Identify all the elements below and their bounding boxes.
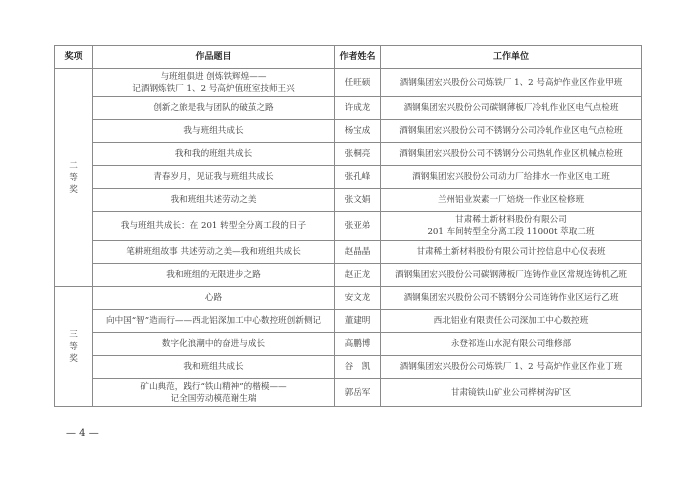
author-name: 张桐亮 bbox=[335, 143, 381, 166]
work-title: 向中国“智”造而行——西北铝深加工中心数控班创新侧记 bbox=[93, 310, 335, 333]
author-name: 高鹏博 bbox=[335, 333, 381, 356]
work-title: 与班组俱进 创炼铁辉煌—— 记酒钢炼铁厂 1、2 号高炉值班室技师王兴 bbox=[93, 69, 335, 97]
table-row: 三 等 奖 心路 安文龙 酒钢集团宏兴股份公司不锈钢分公司连铸作业区运行乙班 bbox=[55, 287, 642, 310]
table-row: 我和我的班组共成长 张桐亮 酒钢集团宏兴股份公司不锈钢分公司热轧作业区机械点检班 bbox=[55, 143, 642, 166]
author-name: 赵正龙 bbox=[335, 264, 381, 287]
work-title: 我和班组的无限进步之路 bbox=[93, 264, 335, 287]
award-level-third: 三 等 奖 bbox=[55, 287, 93, 407]
header-award: 奖项 bbox=[55, 46, 93, 69]
work-title: 我和我的班组共成长 bbox=[93, 143, 335, 166]
award-level-second: 二 等 奖 bbox=[55, 69, 93, 287]
table-row: 数字化浪潮中的奋进与成长 高鹏博 永登祁连山水泥有限公司维修部 bbox=[55, 333, 642, 356]
document-page: 奖项 作品题目 作者姓名 工作单位 二 等 奖 与班组俱进 创炼铁辉煌—— 记酒 bbox=[0, 0, 697, 495]
awards-table: 奖项 作品题目 作者姓名 工作单位 二 等 奖 与班组俱进 创炼铁辉煌—— 记酒 bbox=[54, 45, 642, 407]
author-name: 董建明 bbox=[335, 310, 381, 333]
work-unit: 甘肃镜铁山矿业公司桦树沟矿区 bbox=[381, 379, 642, 407]
work-unit: 酒钢集团宏兴股份公司不锈钢分公司冷轧作业区电气点检班 bbox=[381, 120, 642, 143]
author-name: 张亚弟 bbox=[335, 212, 381, 241]
work-title: 心路 bbox=[93, 287, 335, 310]
author-name: 谷 凯 bbox=[335, 356, 381, 379]
author-name: 安文龙 bbox=[335, 287, 381, 310]
author-name: 郭岳军 bbox=[335, 379, 381, 407]
work-unit: 甘肃稀土新材料股份有限公司 201 车间转型全分离工段 11000t 萃取二班 bbox=[381, 212, 642, 241]
table-row: 我和班组的无限进步之路 赵正龙 酒钢集团宏兴股份公司碳钢薄板厂连铸作业区常规连铸… bbox=[55, 264, 642, 287]
work-title: 数字化浪潮中的奋进与成长 bbox=[93, 333, 335, 356]
header-title: 作品题目 bbox=[93, 46, 335, 69]
table-row: 二 等 奖 与班组俱进 创炼铁辉煌—— 记酒钢炼铁厂 1、2 号高炉值班室技师王… bbox=[55, 69, 642, 97]
page-number: — 4 — bbox=[66, 428, 99, 439]
work-unit: 酒钢集团宏兴股份公司碳钢薄板厂连铸作业区常规连铸机乙班 bbox=[381, 264, 642, 287]
work-title: 青春岁月，见证我与班组共成长 bbox=[93, 166, 335, 189]
table-row: 创新之旅是我与团队的破茧之路 许成龙 酒钢集团宏兴股份公司碳钢薄板厂冷轧作业区电… bbox=[55, 97, 642, 120]
work-title: 创新之旅是我与团队的破茧之路 bbox=[93, 97, 335, 120]
table-row: 我和班组共述劳动之美 张文娟 兰州铝业炭素一厂焙烧一作业区检修班 bbox=[55, 189, 642, 212]
work-unit: 酒钢集团宏兴股份公司不锈钢分公司热轧作业区机械点检班 bbox=[381, 143, 642, 166]
work-unit: 酒钢集团宏兴股份公司炼铁厂 1、2 号高炉作业区作业丁班 bbox=[381, 356, 642, 379]
work-unit: 酒钢集团宏兴股份公司不锈钢分公司连铸作业区运行乙班 bbox=[381, 287, 642, 310]
work-title: 我和班组共述劳动之美 bbox=[93, 189, 335, 212]
table-row: 笔耕班组故事 共述劳动之美—我和班组共成长 赵晶晶 甘肃稀土新材料股份有限公司计… bbox=[55, 241, 642, 264]
work-title: 笔耕班组故事 共述劳动之美—我和班组共成长 bbox=[93, 241, 335, 264]
table-row: 我和班组共成长 谷 凯 酒钢集团宏兴股份公司炼铁厂 1、2 号高炉作业区作业丁班 bbox=[55, 356, 642, 379]
author-name: 赵晶晶 bbox=[335, 241, 381, 264]
work-title: 矿山典范，践行“铁山精神”的楷模—— 记全国劳动模范谢生瑞 bbox=[93, 379, 335, 407]
table-row: 矿山典范，践行“铁山精神”的楷模—— 记全国劳动模范谢生瑞 郭岳军 甘肃镜铁山矿… bbox=[55, 379, 642, 407]
work-unit: 甘肃稀土新材料股份有限公司计控信息中心仪表班 bbox=[381, 241, 642, 264]
work-title: 我与班组共成长：在 201 转型全分离工段的日子 bbox=[93, 212, 335, 241]
author-name: 任旺硕 bbox=[335, 69, 381, 97]
work-unit: 酒钢集团宏兴股份公司炼铁厂 1、2 号高炉作业区作业甲班 bbox=[381, 69, 642, 97]
author-name: 张文娟 bbox=[335, 189, 381, 212]
work-unit: 酒钢集团宏兴股份公司动力厂给排水一作业区电工班 bbox=[381, 166, 642, 189]
work-unit: 永登祁连山水泥有限公司维修部 bbox=[381, 333, 642, 356]
table-row: 青春岁月，见证我与班组共成长 张孔峰 酒钢集团宏兴股份公司动力厂给排水一作业区电… bbox=[55, 166, 642, 189]
table-row: 我与班组共成长：在 201 转型全分离工段的日子 张亚弟 甘肃稀土新材料股份有限… bbox=[55, 212, 642, 241]
header-author: 作者姓名 bbox=[335, 46, 381, 69]
author-name: 许成龙 bbox=[335, 97, 381, 120]
work-unit: 兰州铝业炭素一厂焙烧一作业区检修班 bbox=[381, 189, 642, 212]
table-row: 向中国“智”造而行——西北铝深加工中心数控班创新侧记 董建明 西北铝业有限责任公… bbox=[55, 310, 642, 333]
header-unit: 工作单位 bbox=[381, 46, 642, 69]
work-title: 我和班组共成长 bbox=[93, 356, 335, 379]
work-title: 我与班组共成长 bbox=[93, 120, 335, 143]
table-row: 我与班组共成长 杨宝成 酒钢集团宏兴股份公司不锈钢分公司冷轧作业区电气点检班 bbox=[55, 120, 642, 143]
work-unit: 酒钢集团宏兴股份公司碳钢薄板厂冷轧作业区电气点检班 bbox=[381, 97, 642, 120]
table-header-row: 奖项 作品题目 作者姓名 工作单位 bbox=[55, 46, 642, 69]
author-name: 张孔峰 bbox=[335, 166, 381, 189]
author-name: 杨宝成 bbox=[335, 120, 381, 143]
work-unit: 西北铝业有限责任公司深加工中心数控班 bbox=[381, 310, 642, 333]
